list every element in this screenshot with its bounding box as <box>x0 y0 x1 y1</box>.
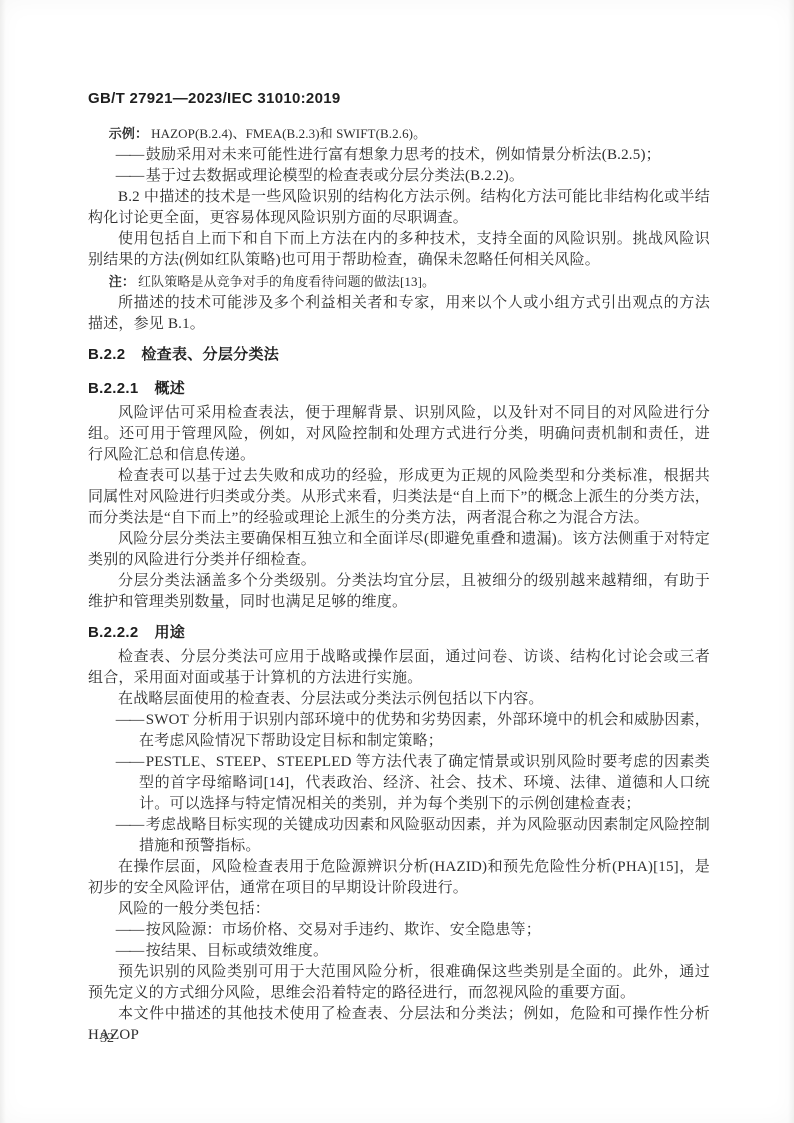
paragraph-strategic-examples: 在战略层面使用的检查表、分层法或分类法示例包括以下内容。 <box>88 689 710 710</box>
paragraph-taxonomy-levels: 分层分类法涵盖多个分类级别。分类法均宜分层，且被细分的级别越来越精细，有助于维护… <box>88 571 710 613</box>
document-page: GB/T 27921—2023/IEC 31010:2019 示例：HAZOP(… <box>0 0 794 1123</box>
subsection-title: 概述 <box>154 380 185 397</box>
document-body: 示例：HAZOP(B.2.4)、FMEA(B.2.3)和 SWIFT(B.2.6… <box>88 124 710 1046</box>
list-item-success-factors: ——考虑战略目标实现的关键成功因素和风险驱动因素，并为风险驱动因素制定风险控制措… <box>88 815 710 857</box>
note-text: 红队策略是从竞争对手的角度看待问题的做法[13]。 <box>138 274 435 289</box>
list-item-text: SWOT 分析用于识别内部环境中的优势和劣势因素，外部环境中的机会和威胁因素，在… <box>139 712 710 749</box>
paragraph-predefined-categories: 预先识别的风险类别可用于大范围风险分析，很难确保这些类别是全面的。此外，通过预先… <box>88 962 710 1004</box>
list-item-by-source: ——按风险源：市场价格、交易对手违约、欺诈、安全隐患等； <box>88 920 710 941</box>
subsection-number: B.2.2.1 <box>88 380 138 397</box>
list-item-text: PESTLE、STEEP、STEEPLED 等方法代表了确定情景或识别风险时要考… <box>139 754 710 812</box>
paragraph-use-levels: 检查表、分层分类法可应用于战略或操作层面，通过问卷、访谈、结构化讨论会或三者组合… <box>88 647 710 689</box>
standard-number-header: GB/T 27921—2023/IEC 31010:2019 <box>88 90 710 107</box>
paragraph-other-techniques: 本文件中描述的其他技术使用了检查表、分层法和分类法；例如，危险和可操作性分析 H… <box>88 1004 710 1046</box>
example-note: 示例：HAZOP(B.2.4)、FMEA(B.2.3)和 SWIFT(B.2.6… <box>88 124 710 144</box>
page-number: 32 <box>100 1031 114 1047</box>
paragraph-checklist-overview: 风险评估可采用检查表法，便于理解背景、识别风险，以及针对不同目的对风险进行分组。… <box>88 403 710 466</box>
paragraph-checklist-experience: 检查表可以基于过去失败和成功的经验，形成更为正规的风险类型和分类标准，根据共同属… <box>88 466 710 529</box>
paragraph-topdown-bottomup: 使用包括自上而下和自下而上方法在内的多种技术，支持全面的风险识别。挑战风险识别结… <box>88 229 710 271</box>
list-item-text: 按风险源：市场价格、交易对手违约、欺诈、安全隐患等； <box>146 922 541 938</box>
section-heading-b22: B.2.2检查表、分层分类法 <box>88 344 710 365</box>
subsection-number: B.2.2.2 <box>88 624 138 641</box>
example-note-text: HAZOP(B.2.4)、FMEA(B.2.3)和 SWIFT(B.2.6)。 <box>151 126 426 141</box>
dash-marker: —— <box>116 754 143 770</box>
list-item: ——鼓励采用对未来可能性进行富有想象力思考的技术，例如情景分析法(B.2.5)； <box>88 145 710 166</box>
dash-marker: —— <box>116 922 143 938</box>
note-label: 注： <box>109 274 135 289</box>
subsection-heading-b221: B.2.2.1概述 <box>88 378 710 399</box>
section-title: 检查表、分层分类法 <box>141 346 279 363</box>
list-item-text: 鼓励采用对未来可能性进行富有想象力思考的技术，例如情景分析法(B.2.5)； <box>146 147 661 163</box>
paragraph-general-classification: 风险的一般分类包括： <box>88 899 710 920</box>
dash-marker: —— <box>116 817 143 833</box>
paragraph-operational-level: 在操作层面，风险检查表用于危险源辨识分析(HAZID)和预先危险性分析(PHA)… <box>88 857 710 899</box>
paragraph-taxonomy-mece: 风险分层分类法主要确保相互独立和全面详尽(即避免重叠和遗漏)。该方法侧重于对特定… <box>88 529 710 571</box>
list-item-by-result: ——按结果、目标或绩效维度。 <box>88 941 710 962</box>
list-item-text: 按结果、目标或绩效维度。 <box>146 943 328 959</box>
dash-marker: —— <box>116 168 143 184</box>
paragraph-structured-methods: B.2 中描述的技术是一些风险识别的结构化方法示例。结构化方法可能比非结构化或半… <box>88 187 710 229</box>
list-item-text: 考虑战略目标实现的关键成功因素和风险驱动因素，并为风险驱动因素制定风险控制措施和… <box>139 817 710 854</box>
list-item-pestle: ——PESTLE、STEEP、STEEPLED 等方法代表了确定情景或识别风险时… <box>88 752 710 815</box>
dash-marker: —— <box>116 712 143 728</box>
section-number: B.2.2 <box>88 346 125 363</box>
subsection-heading-b222: B.2.2.2用途 <box>88 622 710 643</box>
paragraph-stakeholders: 所描述的技术可能涉及多个利益相关者和专家，用来以个人或小组方式引出观点的方法描述… <box>88 293 710 335</box>
dash-marker: —— <box>116 147 143 163</box>
list-item: ——基于过去数据或理论模型的检查表或分层分类法(B.2.2)。 <box>88 166 710 187</box>
dash-marker: —— <box>116 943 143 959</box>
red-team-note: 注：红队策略是从竞争对手的角度看待问题的做法[13]。 <box>88 272 710 292</box>
subsection-title: 用途 <box>154 624 185 641</box>
list-item-swot: ——SWOT 分析用于识别内部环境中的优势和劣势因素，外部环境中的机会和威胁因素… <box>88 710 710 752</box>
example-note-label: 示例： <box>109 126 148 141</box>
list-item-text: 基于过去数据或理论模型的检查表或分层分类法(B.2.2)。 <box>146 168 524 184</box>
